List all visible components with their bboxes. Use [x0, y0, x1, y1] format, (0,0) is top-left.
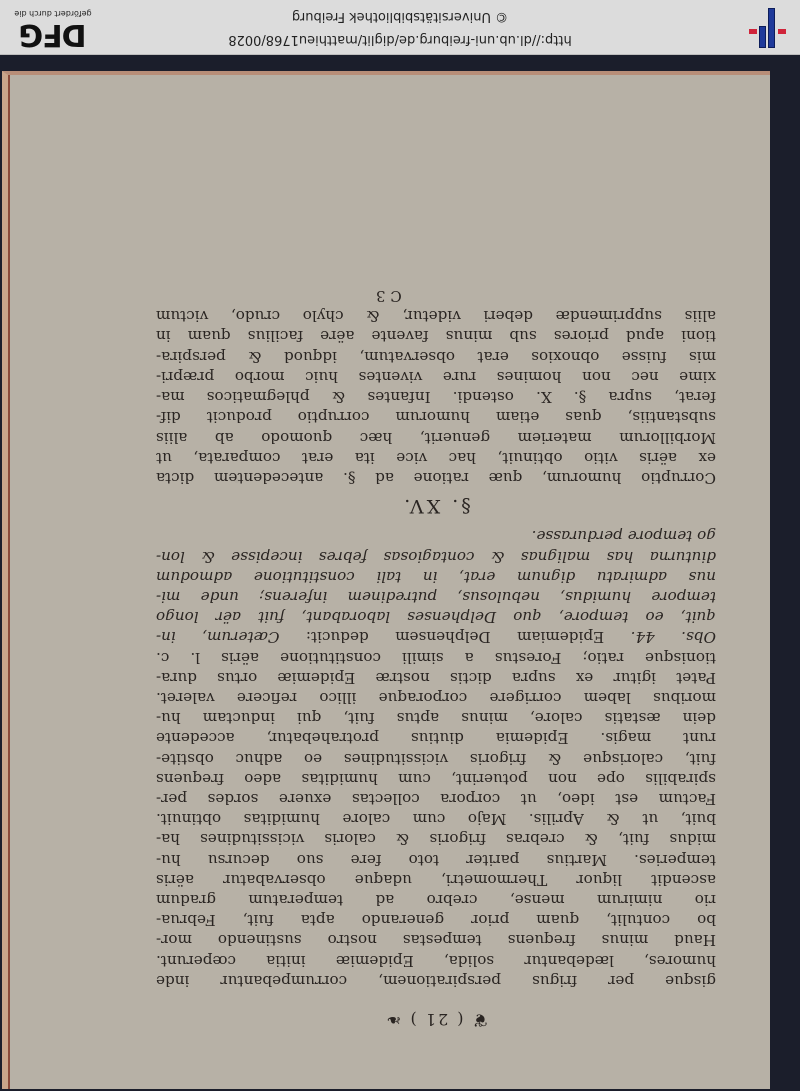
- copyright-notice: © Universitätsbibliothek Freiburg: [0, 9, 800, 24]
- text-line: xime nec non homines rure viventes huic …: [156, 367, 716, 387]
- footer-bar: http://dl.ub.uni-freiburg.de/diglit/matt…: [0, 0, 800, 55]
- text-line: tioni apud priores sub minus favente aër…: [156, 326, 716, 346]
- text-line: gisque per frigus perspirationem, corrum…: [156, 971, 716, 991]
- fleuron-right-icon: ❧: [384, 1009, 401, 1030]
- text-line: mis fuisse obnoxios erat observatum, idq…: [156, 347, 716, 367]
- scanned-page: ❦ ( 21 ) ❧ gisque per frigus perspiratio…: [2, 71, 770, 1089]
- citation-ref: Obs. 44.: [631, 628, 716, 646]
- quote-line: nus admiratu dignum erat, in tali consti…: [156, 567, 716, 587]
- dfg-logo: DFG gefördert durch die: [8, 4, 98, 50]
- text-line-mixed: Obs. 44. Epidemiam Delphensem deducit: C…: [156, 627, 716, 647]
- page-text-block: ❦ ( 21 ) ❧ gisque per frigus perspiratio…: [156, 286, 716, 1029]
- quote-start: Cæterum, in-: [156, 628, 279, 646]
- text-line: midus fuit, & crebras frigoris & caloris…: [156, 829, 716, 849]
- paragraph-1: gisque per frigus perspirationem, corrum…: [156, 526, 716, 991]
- quote-line: go tempore perdurasse.: [156, 526, 716, 546]
- text-line: rio nimirum mense, crebro ad temperatum …: [156, 890, 716, 910]
- text-line: runt magis. Epidemia diutius protrahebat…: [156, 728, 716, 748]
- text-line: ascendit liquor Thermometri, udaque obse…: [156, 870, 716, 890]
- text-line: Haud minus frequens tempestas nostro sus…: [156, 930, 716, 950]
- text-line: Patet igitur ex supra dictis nostræ Epid…: [156, 668, 716, 688]
- text-line: bo contulit, quam prior generando apta f…: [156, 910, 716, 930]
- text-line: Morbillorum materiem genuerit, hæc quomo…: [156, 427, 716, 447]
- text-line: substantiis, quas etiam humorum corrupti…: [156, 407, 716, 427]
- text-line: ex aëris vitio obtinuit, hac vice ita er…: [156, 448, 716, 468]
- paragraph-2: Corruptio humorum, quæ ratione ad §. ant…: [156, 306, 716, 488]
- text-line: Corruptio humorum, quæ ratione ad §. ant…: [156, 468, 716, 488]
- text-line: Factum est ideo, ut corpora collectas ex…: [156, 789, 716, 809]
- section-heading: §. XV.: [156, 496, 716, 516]
- text-line: humores, lædebantur solida, Epidemiæ ini…: [156, 950, 716, 970]
- permalink-url[interactable]: http://dl.ub.uni-freiburg.de/diglit/matt…: [0, 32, 800, 47]
- text-line: temperies. Martius pariter toto fere suo…: [156, 849, 716, 869]
- text-line: moribus labem corrigere corporaque illic…: [156, 688, 716, 708]
- text-line: dein æstatis calore, minus aptus fuit, q…: [156, 708, 716, 728]
- page-number: ❦ ( 21 ) ❧: [156, 1009, 716, 1029]
- citation-text: Epidemiam Delphensem deducit:: [279, 628, 630, 646]
- page-number-label: ( 21 ): [409, 1010, 464, 1029]
- text-line: buit, ut & Aprilis. Majo cum calore humi…: [156, 809, 716, 829]
- dfg-logo-text: DFG: [8, 18, 98, 50]
- text-line: ferat, supra §. X. ostendi. Infantes & p…: [156, 387, 716, 407]
- quote-line: quit, eo tempore, quo Delphenses laborab…: [156, 607, 716, 627]
- text-line: aliis supprimendæ deberi videtur, & chyl…: [156, 306, 716, 326]
- signature-mark: C 3: [156, 286, 716, 306]
- quote-line: diuturna has malignas & contagiosas febr…: [156, 546, 716, 566]
- text-line: tionisque ratio; Forestus a simili const…: [156, 647, 716, 667]
- fleuron-left-icon: ❦: [471, 1009, 488, 1030]
- document-viewer: ❦ ( 21 ) ❧ gisque per frigus perspiratio…: [0, 0, 800, 1091]
- text-line: fuit, calorisque & frigoris vicissitudin…: [156, 748, 716, 768]
- quote-line: tempore humidus, nebulosus, putredinem i…: [156, 587, 716, 607]
- text-line: spirabilis ope non potuerint, cum humidi…: [156, 769, 716, 789]
- dfg-caption: gefördert durch die: [8, 9, 98, 18]
